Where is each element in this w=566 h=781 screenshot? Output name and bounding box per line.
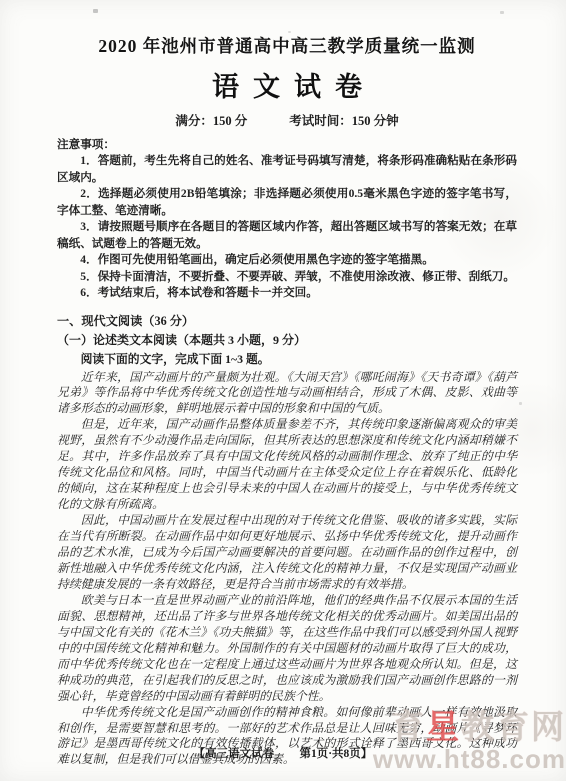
section-heading: 一、现代文阅读（36 分） (57, 312, 517, 329)
scan-speck (93, 9, 98, 13)
notice-item: 3．请按照题号顺序在各题目的答题区域内作答，超出答题区域书写的答案无效；在草稿纸… (57, 219, 517, 252)
notice-item: 6．考试结束后，将本试卷和答题卡一并交回。 (57, 285, 517, 301)
scan-speck (519, 402, 522, 405)
exam-duration-label: 考试时间：150 分钟 (289, 111, 398, 129)
footer-page-number: 第1页·共8页】 (299, 748, 372, 760)
score-line: 满分：150 分 考试时间：150 分钟 (57, 111, 517, 129)
notice-item: 2．选择题必须使用2B铅笔填涂；非选择题必须使用0.5毫米黑色字迹的签字笔书写，… (57, 186, 517, 219)
passage-paragraph: 因此，中国动画片在发展过程中出现的对于传统文化借鉴、吸收的诸多实践，实际在当代有… (57, 513, 517, 593)
passage-paragraph: 欧美与日本一直是世界动画产业的前沿阵地，他们的经典作品不仅展示本国的生活面貌、思… (57, 593, 517, 705)
notice-section: 注意事项： 1．答题前，考生先将自己的姓名、准考证号码填写清楚，将条形码准确粘贴… (57, 137, 517, 302)
scan-speck (500, 11, 504, 14)
notice-item: 1．答题前，考生先将自己的姓名、准考证号码填写清楚，将条形码准确粘贴在条形码区域… (57, 153, 517, 186)
reading-passage: 近年来，国产动画片的产量颇为壮观。《大闹天宫》《哪吒闹海》《天书奇谭》《葫芦兄弟… (57, 370, 517, 769)
notice-item: 4．作图可先使用铅笔画出，确定后必须使用黑色字迹的签字笔描黑。 (57, 252, 517, 268)
footer-exam-label: 【高三语文试卷 (194, 748, 275, 760)
passage-paragraph: 但是，近年来，国产动画作品整体质量参差不齐，其传统印象逐渐偏离观众的审美视野，虽… (57, 417, 517, 513)
passage-paragraph: 近年来，国产动画片的产量颇为壮观。《大闹天宫》《哪吒闹海》《天书奇谭》《葫芦兄弟… (57, 370, 517, 418)
page-footer: 【高三语文试卷第1页·共8页】 (0, 745, 566, 761)
reading-instruction: 阅读下面的文字，完成下面 1~3 题。 (57, 350, 517, 367)
section-subheading: （一）论述类文本阅读（本题共 3 小题，9 分） (57, 331, 517, 348)
notice-list: 1．答题前，考生先将自己的姓名、准考证号码填写清楚，将条形码准确粘贴在条形码区域… (57, 153, 517, 301)
exam-subject-title: 语文试卷 (57, 65, 517, 104)
notice-heading: 注意事项： (57, 137, 517, 153)
page-content: 2020 年池州市普通高中高三教学质量统一监测 语文试卷 满分：150 分 考试… (57, 33, 517, 768)
notice-item: 5．保持卡面清洁，不要折叠、不要弄破、弄皱，不准使用涂改液、修正带、刮纸刀。 (57, 269, 517, 285)
full-score-label: 满分：150 分 (175, 111, 247, 129)
scanned-exam-page: 2020 年池州市普通高中高三教学质量统一监测 语文试卷 满分：150 分 考试… (0, 0, 566, 781)
exam-title: 2020 年池州市普通高中高三教学质量统一监测 (57, 33, 517, 58)
